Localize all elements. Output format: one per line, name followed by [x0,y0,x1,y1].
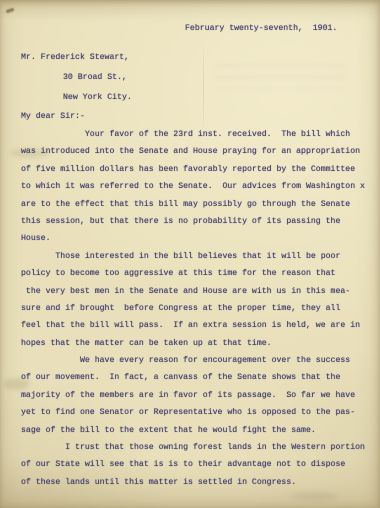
recipient-name: Mr. Frederick Stewart, [21,48,380,68]
letter-line: sure and if brought before Congress at t… [21,300,366,317]
letter-line: I trust that those owning forest lands i… [21,439,366,456]
letter-line: of five million dollars has been favorab… [21,161,366,178]
recipient-city: New York City. [21,88,380,108]
letter-line: of our State will see that is is to thei… [21,456,366,473]
letter-line: sage of the bill to the extent that he w… [21,422,366,439]
recipient-street: 30 Broad St., [21,68,380,88]
letter-line: House. [21,230,366,247]
paragraph: Those interested in the bill believes th… [21,248,366,352]
letter-line: are to the effect that this bill may pos… [21,196,366,213]
letter-line: hopes that the matter can be taken up at… [21,335,366,352]
letter-page: February twenty-seventh, 1901. Mr. Frede… [0,0,380,508]
letter-line: yet to find one Senator or Representativ… [21,404,366,421]
letter-line: majority of the members are in favor of … [21,387,366,404]
letter-line: We have every reason for encouragement o… [21,352,366,369]
letter-line: Those interested in the bill believes th… [21,248,366,265]
salutation: My dear Sir:- [21,110,380,124]
letter-line: Your favor of the 23rd inst. received. T… [21,126,366,143]
letter-line: policy to become too aggressive at this … [21,265,366,282]
paragraph: We have every reason for encouragement o… [21,352,366,439]
letter-line: of our movement. In fact, a canvass of t… [21,369,366,386]
letter-line: feel that the bill will pass. If an extr… [21,317,366,334]
paper-corner-mark [6,8,15,13]
letter-body: Your favor of the 23rd inst. received. T… [21,126,366,491]
letter-line: this session, but that there is no proba… [21,213,366,230]
letter-line: of these lands until this matter is sett… [21,474,366,491]
letter-date: February twenty-seventh, 1901. [185,0,380,36]
paragraph: Your favor of the 23rd inst. received. T… [21,126,366,248]
paragraph: I trust that those owning forest lands i… [21,439,366,491]
letter-line: the very best men in the Senate and Hous… [21,283,366,300]
recipient-block: Mr. Frederick Stewart, 30 Broad St., New… [21,48,380,108]
letter-line: to which it was referred to the Senate. … [21,178,366,195]
paper-smudge [290,492,338,500]
letter-line: was introduced into the Senate and House… [21,143,366,160]
